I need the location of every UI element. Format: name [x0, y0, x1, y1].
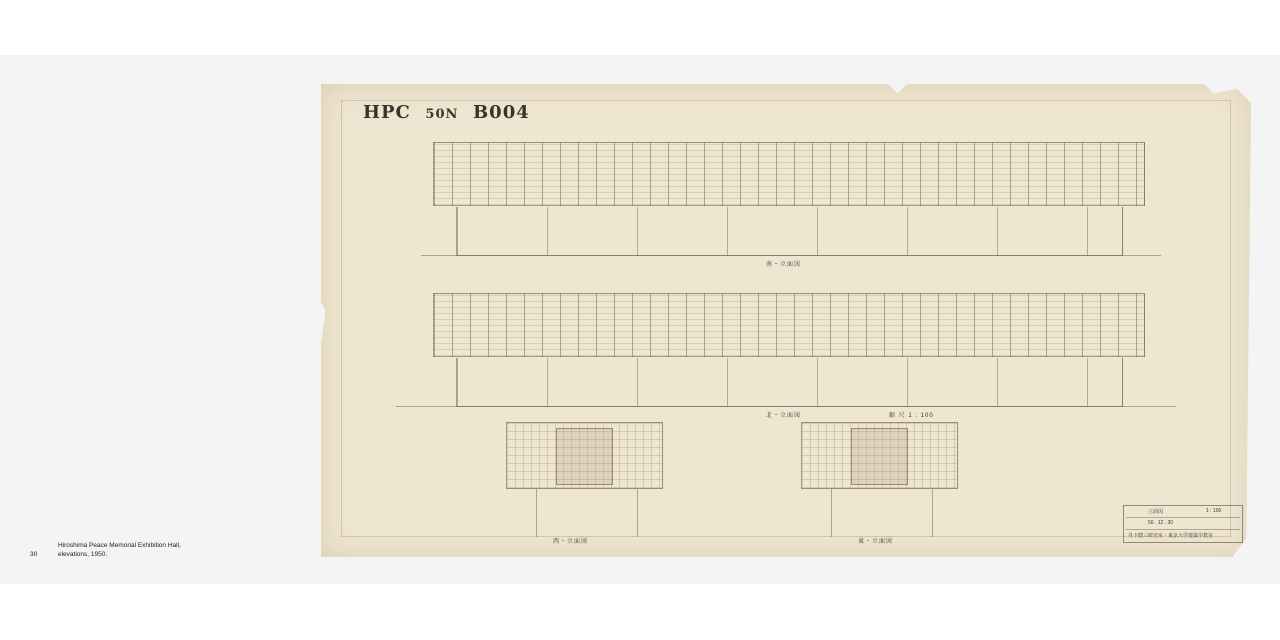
- south-elevation-upper: [433, 142, 1145, 206]
- east-elevation-label: 東・立面図: [858, 536, 893, 545]
- caption-text: Hiroshima Peace Memorial Exhibition Hall…: [58, 541, 198, 559]
- east-elevation-core: [851, 428, 908, 485]
- west-elevation-pilotis: [536, 489, 638, 537]
- west-elevation-core: [556, 428, 613, 485]
- scale-label: 縮 尺 1 : 100: [889, 410, 934, 419]
- north-elevation-upper: [433, 293, 1145, 357]
- north-elevation-pilotis: [456, 358, 1123, 407]
- title-block-scale: 1 : 100: [1206, 508, 1221, 514]
- north-ground-line: [396, 406, 1176, 407]
- south-elevation-pilotis: [456, 207, 1123, 256]
- title-block-office: 丹下健三研究室・東京大学建築学教室: [1128, 532, 1213, 539]
- south-ground-line: [421, 255, 1161, 256]
- south-elevation-label: 南・立面図: [766, 259, 801, 268]
- architectural-drawing-sheet: HPC 50N B004 南・立面図 北・立面図 縮 尺 1 : 100 西・立…: [321, 84, 1251, 557]
- title-block-date: 50 . 12 . 30: [1148, 520, 1173, 526]
- title-block-drawing-name: 立面図: [1148, 508, 1163, 515]
- title-block: 立面図 1 : 100 50 . 12 . 30 丹下健三研究室・東京大学建築学…: [1123, 505, 1243, 543]
- west-elevation-label: 西・立面図: [553, 536, 588, 545]
- sheet-id: HPC 50N B004: [363, 102, 530, 123]
- page-number: 30: [30, 550, 37, 559]
- east-elevation-pilotis: [831, 489, 933, 537]
- north-elevation-label: 北・立面図: [766, 410, 801, 419]
